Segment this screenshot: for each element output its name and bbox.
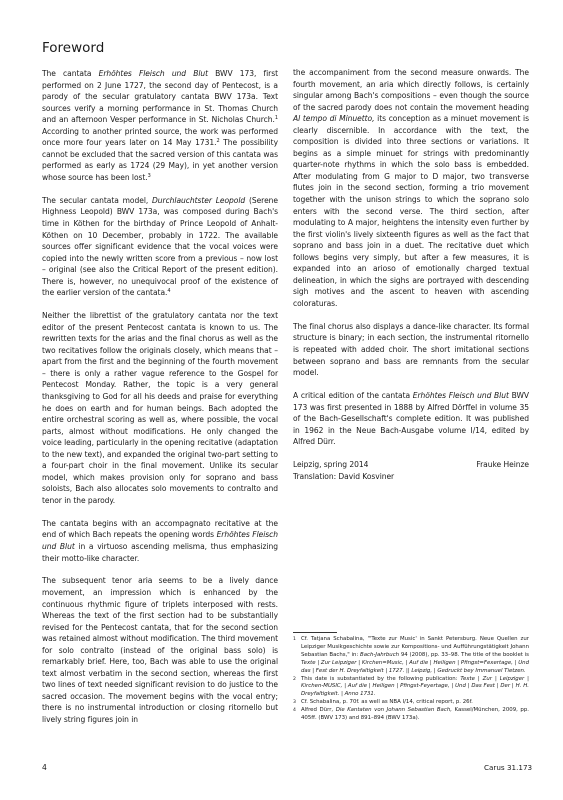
- page-number: 4: [42, 763, 47, 772]
- text: the accompaniment from the second measur…: [293, 68, 529, 112]
- catalog-number: Carus 31.173: [484, 763, 532, 772]
- work-title: Durchlauchtster Leopold: [152, 196, 245, 205]
- work-title: Erhöhtes Fleisch und Blut: [413, 391, 509, 400]
- paragraph-intro: The cantata Erhöhtes Fleisch und Blut BW…: [42, 68, 278, 183]
- right-column: the accompaniment from the second measur…: [293, 67, 529, 482]
- text: 94 (2008), pp. 33–98. The title of the b…: [399, 652, 529, 658]
- text: (Serene Highness Leopold) BWV 173a, was …: [42, 196, 278, 297]
- footnote-text: Cf. Schabalina, p. 70f. as well as NBA I…: [301, 699, 529, 707]
- text: The cantata: [42, 69, 99, 78]
- footnote-number: 3: [293, 699, 301, 707]
- movement-heading: Al tempo di Minuetto,: [293, 114, 374, 123]
- footnote-ref: 4: [167, 288, 170, 294]
- work-title: Erhöhtes Fleisch und Blut: [99, 69, 208, 78]
- booklet-title: Texte | Zur Leipziger | Kirchen=Music, |…: [301, 660, 529, 674]
- footnote-ref: 3: [148, 173, 151, 179]
- left-column: The cantata Erhöhtes Fleisch und Blut BW…: [42, 68, 278, 737]
- footnote-divider: [293, 632, 337, 633]
- text: its conception as a minuet movement is c…: [293, 114, 529, 308]
- text: in a virtuoso ascending melisma, thus em…: [42, 542, 278, 563]
- footnote-item: 3 Cf. Schabalina, p. 70f. as well as NBA…: [293, 699, 529, 707]
- text: This date is substantiated by the follow…: [301, 676, 460, 682]
- book-title: Die Kantaten von Johann Sebastian Bach,: [336, 707, 452, 713]
- paragraph-final-chorus: The final chorus also displays a dance-l…: [293, 321, 529, 379]
- footnote-number: 4: [293, 707, 301, 723]
- place-date: Leipzig, spring 2014: [293, 459, 394, 471]
- paragraph-librettist: Neither the librettist of the gratulator…: [42, 310, 278, 506]
- translation-credit: Translation: David Kosviner: [293, 471, 394, 483]
- text: Alfred Dürr,: [301, 707, 336, 713]
- footnote-number: 1: [293, 636, 301, 676]
- paragraph-recitative: The cantata begins with an accompagnato …: [42, 518, 278, 564]
- paragraph-secular-model: The secular cantata model, Durchlauchtst…: [42, 195, 278, 299]
- paragraph-fourth-movement: the accompaniment from the second measur…: [293, 67, 529, 309]
- text: A critical edition of the cantata: [293, 391, 413, 400]
- footnotes: 1 Cf. Tatjana Schabalina, "'Texte zur Mu…: [293, 636, 529, 723]
- paragraph-critical-edition: A critical edition of the cantata Erhöht…: [293, 390, 529, 448]
- page-title: Foreword: [42, 40, 104, 56]
- paragraph-tenor-aria: The subsequent tenor aria seems to be a …: [42, 575, 278, 725]
- text: The secular cantata model,: [42, 196, 152, 205]
- author-name: Frauke Heinze: [476, 459, 529, 482]
- footnote-item: 2 This date is substantiated by the foll…: [293, 676, 529, 700]
- footnote-number: 2: [293, 676, 301, 700]
- footnote-text: Alfred Dürr, Die Kantaten von Johann Seb…: [301, 707, 529, 723]
- footnote-item: 4 Alfred Dürr, Die Kantaten von Johann S…: [293, 707, 529, 723]
- footnote-text: Cf. Tatjana Schabalina, "'Texte zur Musi…: [301, 636, 529, 676]
- footnote-text: This date is substantiated by the follow…: [301, 676, 529, 700]
- footnote-ref: 1: [275, 115, 278, 121]
- footnote-item: 1 Cf. Tatjana Schabalina, "'Texte zur Mu…: [293, 636, 529, 676]
- signature-block: Leipzig, spring 2014 Translation: David …: [293, 459, 529, 482]
- journal-title: Bach-Jahrbuch: [360, 652, 399, 658]
